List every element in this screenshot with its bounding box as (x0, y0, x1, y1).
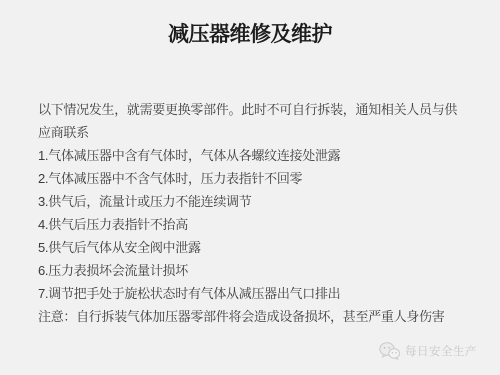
body-line: 应商联系 (38, 121, 478, 144)
body-line: 注意：自行拆装气体加压器零部件将会造成设备损坏，甚至严重人身伤害 (38, 305, 478, 328)
slide: 减压器维修及维护 以下情况发生，就需要更换零部件。此时不可自行拆装，通知相关人员… (0, 0, 500, 375)
body-line: 以下情况发生，就需要更换零部件。此时不可自行拆装，通知相关人员与供 (38, 98, 478, 121)
body-line: 4.供气后压力表指针不抬高 (38, 213, 478, 236)
body-line: 1.气体减压器中含有气体时，气体从各螺纹连接处泄露 (38, 144, 478, 167)
body-line: 2.气体减压器中不含气体时，压力表指针不回零 (38, 167, 478, 190)
body-line: 3.供气后，流量计或压力不能连续调节 (38, 190, 478, 213)
wechat-icon (379, 342, 400, 360)
body-line: 7.调节把手处于旋松状态时有气体从减压器出气口排出 (38, 282, 478, 305)
page-title: 减压器维修及维护 (0, 18, 500, 48)
body-line: 6.压力表损坏会流量计损坏 (38, 259, 478, 282)
body-line: 5.供气后气体从安全阀中泄露 (38, 236, 478, 259)
watermark: 每日安全生产 (379, 342, 477, 360)
body-text: 以下情况发生，就需要更换零部件。此时不可自行拆装，通知相关人员与供 应商联系 1… (38, 98, 478, 328)
watermark-label: 每日安全生产 (405, 343, 477, 359)
